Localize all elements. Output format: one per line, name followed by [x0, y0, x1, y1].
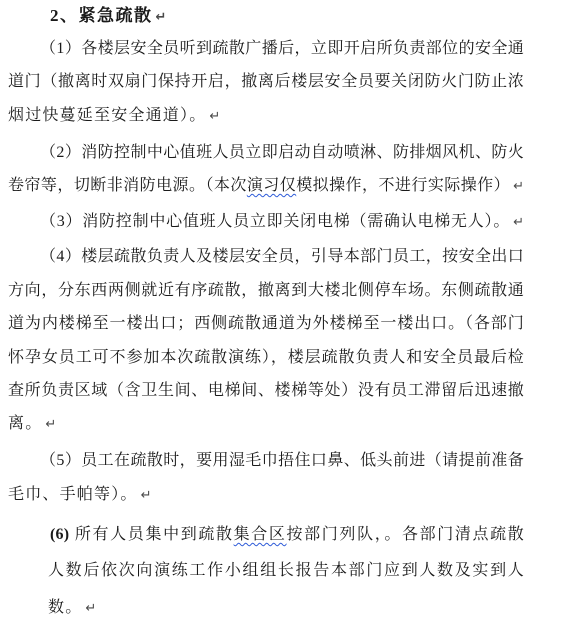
text-line: （4）楼层疏散负责人及楼层安全员，引导本部门员工，按安全出口 — [8, 240, 524, 273]
text-segment: 道门（撤离时双扇门保持开启，撤离后楼层安全员要关闭防火门防止浓 — [8, 73, 524, 90]
text-line: 烟过快蔓延至安全通道）。↵ — [8, 99, 524, 132]
text-segment: 方向，分东西两侧就近有序疏散，撤离到大楼北侧停车场。东侧疏散通 — [8, 282, 524, 299]
text-line: 2、紧急疏散↵ — [8, 0, 524, 32]
text-line: （5）员工在疏散时，要用湿毛巾捂住口鼻、低头前进（请提前准备 — [8, 444, 524, 477]
text-line: 查所负责区域（含卫生间、电梯间、楼梯等处）没有员工滞留后迅速撤 — [8, 374, 524, 407]
text-line: （2）消防控制中心值班人员立即启动自动喷淋、防排烟风机、防火 — [8, 136, 524, 169]
text-line: 方向，分东西两侧就近有序疏散，撤离到大楼北侧停车场。东侧疏散通 — [8, 274, 524, 307]
paragraph-mark-icon: ↵ — [510, 215, 524, 230]
text-segment: 道为内楼梯至一楼出口；西侧疏散通道为外楼梯至一楼出口。（各部门 — [8, 315, 524, 332]
paragraph-mark-icon: ↵ — [153, 10, 167, 25]
paragraph-5: （5）员工在疏散时，要用湿毛巾捂住口鼻、低头前进（请提前准备毛巾、手帕等）。↵ — [8, 444, 524, 511]
text-line: 道门（撤离时双扇门保持开启，撤离后楼层安全员要关闭防火门防止浓 — [8, 65, 524, 98]
spellcheck-underline-segment: 演习仅 — [247, 177, 296, 194]
text-line: （3）消防控制中心值班人员立即关闭电梯（需确认电梯无人）。↵ — [8, 205, 524, 238]
text-segment: （3）消防控制中心值班人员立即关闭电梯（需确认电梯无人）。 — [40, 213, 510, 230]
text-segment: （2）消防控制中心值班人员立即启动自动喷淋、防排烟风机、防火 — [40, 144, 524, 161]
text-line: 怀孕女员工可不参加本次疏散演练），楼层疏散负责人和安全员最后检 — [8, 341, 524, 374]
text-segment: 离。 — [8, 415, 42, 432]
text-line: 数。↵ — [8, 590, 524, 627]
paragraph-mark-icon: ↵ — [510, 179, 524, 194]
paragraph-mark-icon: ↵ — [82, 601, 96, 616]
text-line: 人数后依次向演练工作小组组长报告本部门应到人数及实到人 — [8, 553, 524, 590]
paragraph-3: （3）消防控制中心值班人员立即关闭电梯（需确认电梯无人）。↵ — [8, 205, 524, 238]
text-line: （1）各楼层安全员听到疏散广播后，立即开启所负责部位的安全通 — [8, 32, 524, 65]
text-segment: （4）楼层疏散负责人及楼层安全员，引导本部门员工，按安全出口 — [40, 248, 524, 265]
text-segment: 怀孕女员工可不参加本次疏散演练），楼层疏散负责人和安全员最后检 — [8, 349, 524, 366]
text-line: 离。↵ — [8, 407, 524, 440]
paragraph-1: （1）各楼层安全员听到疏散广播后，立即开启所负责部位的安全通道门（撤离时双扇门保… — [8, 32, 524, 132]
paragraph-mark-icon: ↵ — [206, 109, 220, 124]
text-segment: 所有人员集中到疏散 — [69, 526, 233, 543]
text-segment: 烟过快蔓延至安全通道）。 — [8, 107, 206, 124]
text-line: 卷帘等，切断非消防电源。（本次演习仅模拟操作，不进行实际操作）↵ — [8, 169, 524, 202]
text-segment: （5）员工在疏散时，要用湿毛巾捂住口鼻、低头前进（请提前准备 — [40, 452, 524, 469]
paragraph-4: （4）楼层疏散负责人及楼层安全员，引导本部门员工，按安全出口方向，分东西两侧就近… — [8, 240, 524, 440]
text-segment: 数。 — [48, 599, 82, 616]
bold-text-segment: 2、紧急疏散 — [50, 6, 153, 25]
paragraph-6: (6) 所有人员集中到疏散集合区按部门列队，。各部门清点疏散人数后依次向演练工作… — [8, 517, 524, 627]
text-segment: （1）各楼层安全员听到疏散广播后，立即开启所负责部位的安全通 — [40, 40, 524, 57]
text-segment: 模拟操作，不进行实际操作） — [296, 177, 510, 194]
paragraph-2: （2）消防控制中心值班人员立即启动自动喷淋、防排烟风机、防火卷帘等，切断非消防电… — [8, 136, 524, 203]
document-page[interactable]: 2、紧急疏散↵（1）各楼层安全员听到疏散广播后，立即开启所负责部位的安全通道门（… — [0, 0, 568, 630]
text-line: 道为内楼梯至一楼出口；西侧疏散通道为外楼梯至一楼出口。（各部门 — [8, 307, 524, 340]
bold-text-segment: (6) — [50, 526, 69, 543]
paragraph-mark-icon: ↵ — [42, 417, 56, 432]
heading-paragraph: 2、紧急疏散↵ — [8, 0, 524, 32]
text-segment: 卷帘等，切断非消防电源。（本次 — [8, 177, 247, 194]
text-segment: 毛巾、手帕等）。 — [8, 486, 138, 503]
text-segment: 查所负责区域（含卫生间、电梯间、楼梯等处）没有员工滞留后迅速撤 — [8, 382, 524, 399]
text-line: 毛巾、手帕等）。↵ — [8, 478, 524, 511]
text-line: (6) 所有人员集中到疏散集合区按部门列队，。各部门清点疏散 — [8, 517, 524, 554]
text-segment: 按部门列队，。各部门清点疏散 — [287, 526, 524, 543]
text-segment: 人数后依次向演练工作小组组长报告本部门应到人数及实到人 — [48, 562, 524, 579]
spellcheck-underline-segment: 集合区 — [234, 526, 287, 543]
paragraph-mark-icon: ↵ — [138, 488, 152, 503]
